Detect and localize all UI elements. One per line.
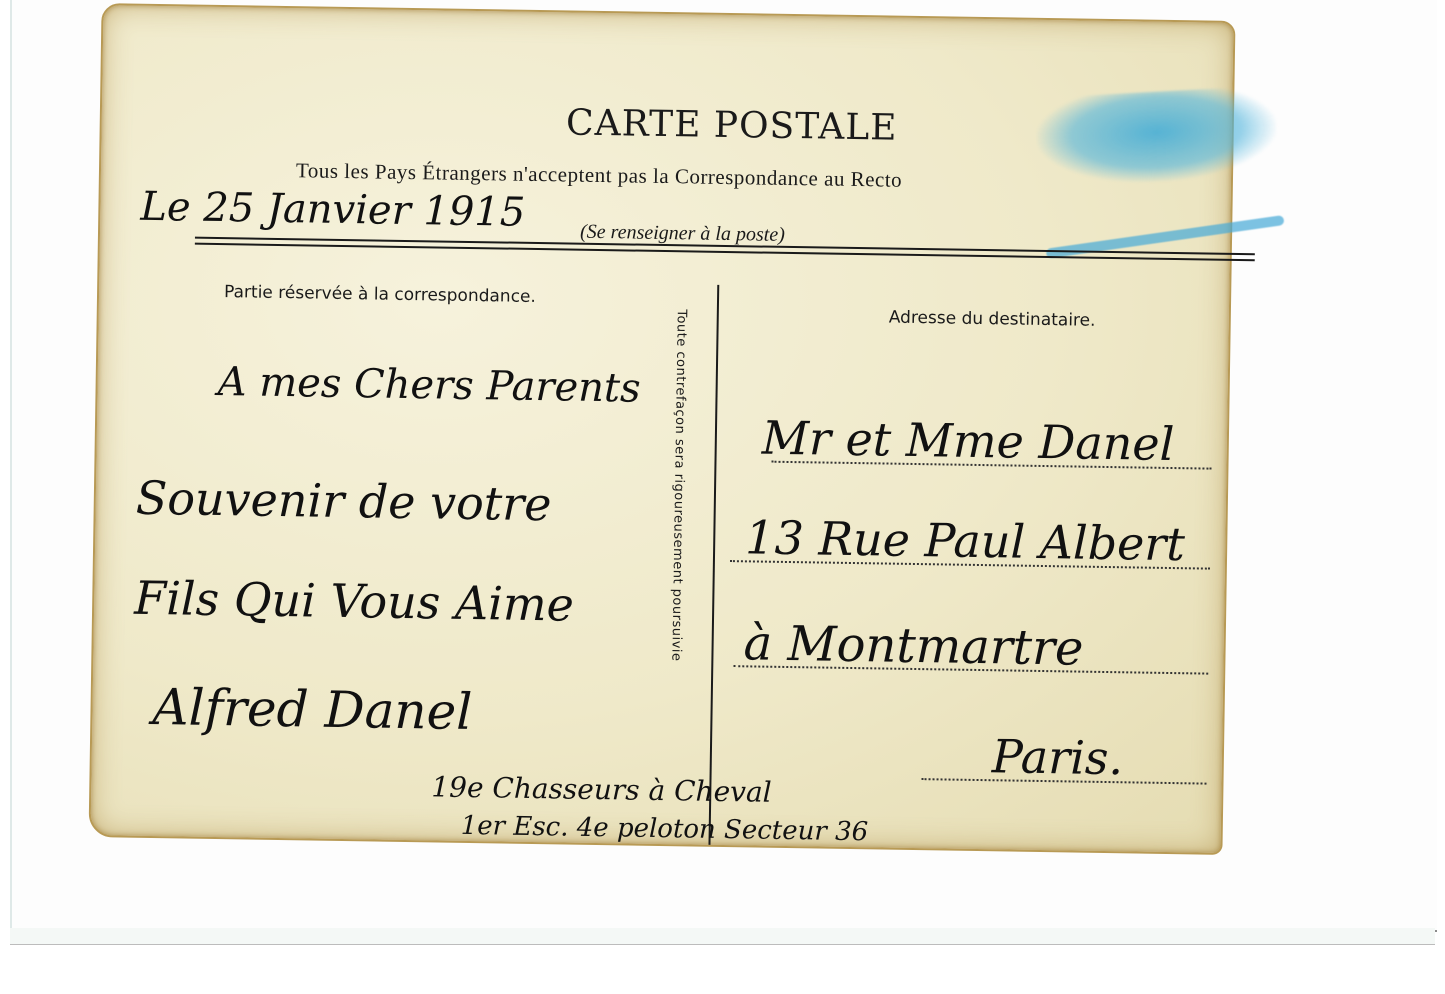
postcard: CARTE POSTALE Tous les Pays Étrangers n'…: [89, 3, 1236, 855]
address-label: Adresse du destinataire.: [889, 308, 1096, 331]
handwritten-date: Le 25 Janvier 1915: [140, 184, 526, 236]
counterfeit-notice: Toute contrefaçon sera rigoureusement po…: [668, 309, 689, 661]
mount-board-edge: [10, 928, 1435, 945]
military-unit-line-2: 1er Esc. 4e peloton Secteur 36: [461, 811, 869, 847]
blue-crayon-mark: [1034, 85, 1279, 188]
military-unit-line-1: 19e Chasseurs à Cheval: [431, 770, 772, 808]
message-line-2: Souvenir de votre: [135, 471, 551, 532]
address-street: 13 Rue Paul Albert: [745, 510, 1185, 571]
message-line-1: A mes Chers Parents: [217, 359, 641, 412]
center-divider: [708, 285, 719, 845]
correspondence-label: Partie réservée à la correspondance.: [224, 282, 536, 307]
message-line-3: Fils Qui Vous Aime: [134, 571, 574, 632]
signature: Alfred Danel: [152, 678, 473, 741]
address-district: à Montmartre: [743, 615, 1084, 676]
address-city: Paris.: [991, 729, 1123, 785]
address-name: Mr et Mme Danel: [761, 411, 1174, 471]
postcard-title: CARTE POSTALE: [551, 102, 912, 149]
